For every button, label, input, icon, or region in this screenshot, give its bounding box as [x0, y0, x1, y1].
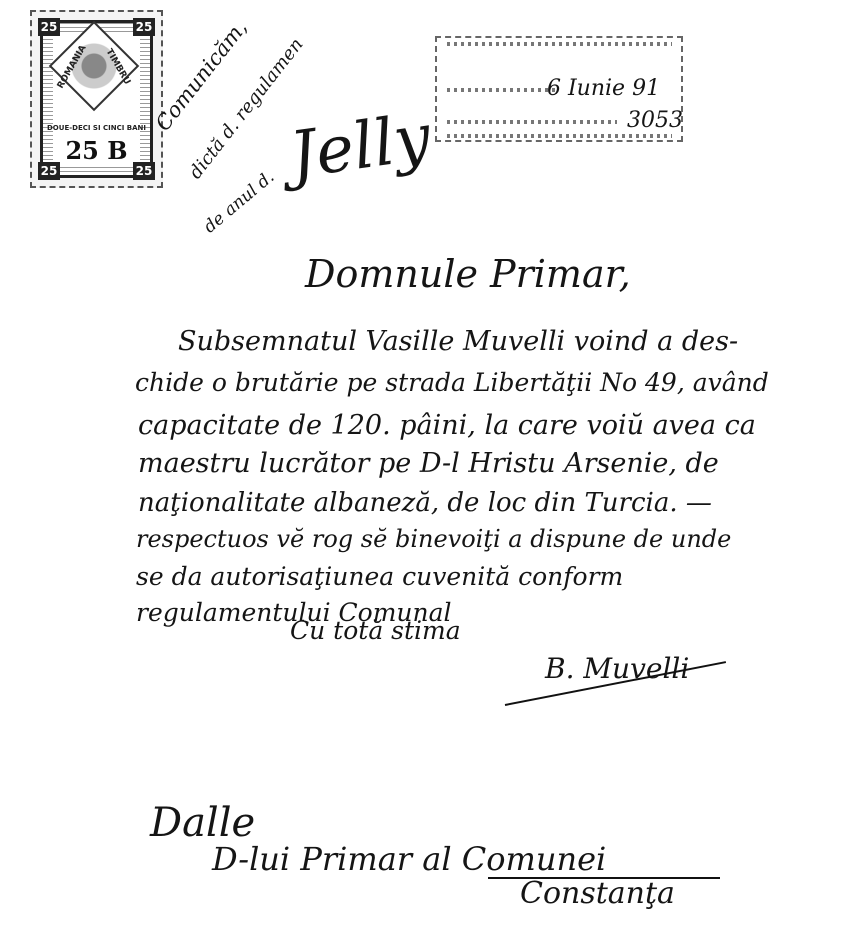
margin-note: de anul d.: [200, 167, 278, 237]
stamp-dots: [447, 88, 557, 92]
body-line: se da autorisaţiunea cuvenită conform: [136, 562, 623, 591]
address-city: Constanţa: [520, 876, 675, 911]
stamp-corner-value: 25: [38, 18, 60, 36]
body-line: naţionalitate albaneză, de loc din Turci…: [138, 488, 712, 518]
body-line: respectuos vĕ rog sĕ binevoiţi a dispune…: [136, 525, 731, 553]
margin-note-line: de anul d.: [200, 167, 278, 237]
registration-number: 3053: [627, 108, 683, 133]
registration-date: 6 Iunie 91: [547, 76, 660, 101]
registration-stamp: 6 Iunie 91 3053: [435, 36, 683, 142]
body-line: capacitate de 120. pâini, la care voiŭ a…: [138, 410, 756, 441]
stamp-value-text: DOUE-DECI SI CINCI BANI: [32, 124, 161, 132]
signature: B. Muvelli: [545, 652, 689, 685]
stamp-dots: [447, 42, 672, 46]
stamp-dots: [447, 120, 617, 124]
stamp-corner-value: 25: [133, 18, 155, 36]
margin-initials: Jelly: [286, 101, 436, 194]
stamp-denomination: 25 B: [32, 136, 161, 165]
body-line: Subsemnatul Vasille Muvelli voind a des-: [178, 326, 738, 357]
stamp-dots: [447, 134, 672, 138]
address-line: D-lui Primar al Comunei: [212, 840, 606, 878]
closing: Cu totă stima: [290, 616, 461, 645]
body-line: chide o brutărie pe strada Libertăţii No…: [135, 368, 769, 397]
salutation: Domnule Primar,: [305, 252, 631, 296]
body-line: maestru lucrător pe D-l Hristu Arsenie, …: [138, 448, 719, 479]
revenue-stamp: 25 25 25 25 ROMANIA TIMBRU DOUE-DECI SI …: [30, 10, 163, 188]
